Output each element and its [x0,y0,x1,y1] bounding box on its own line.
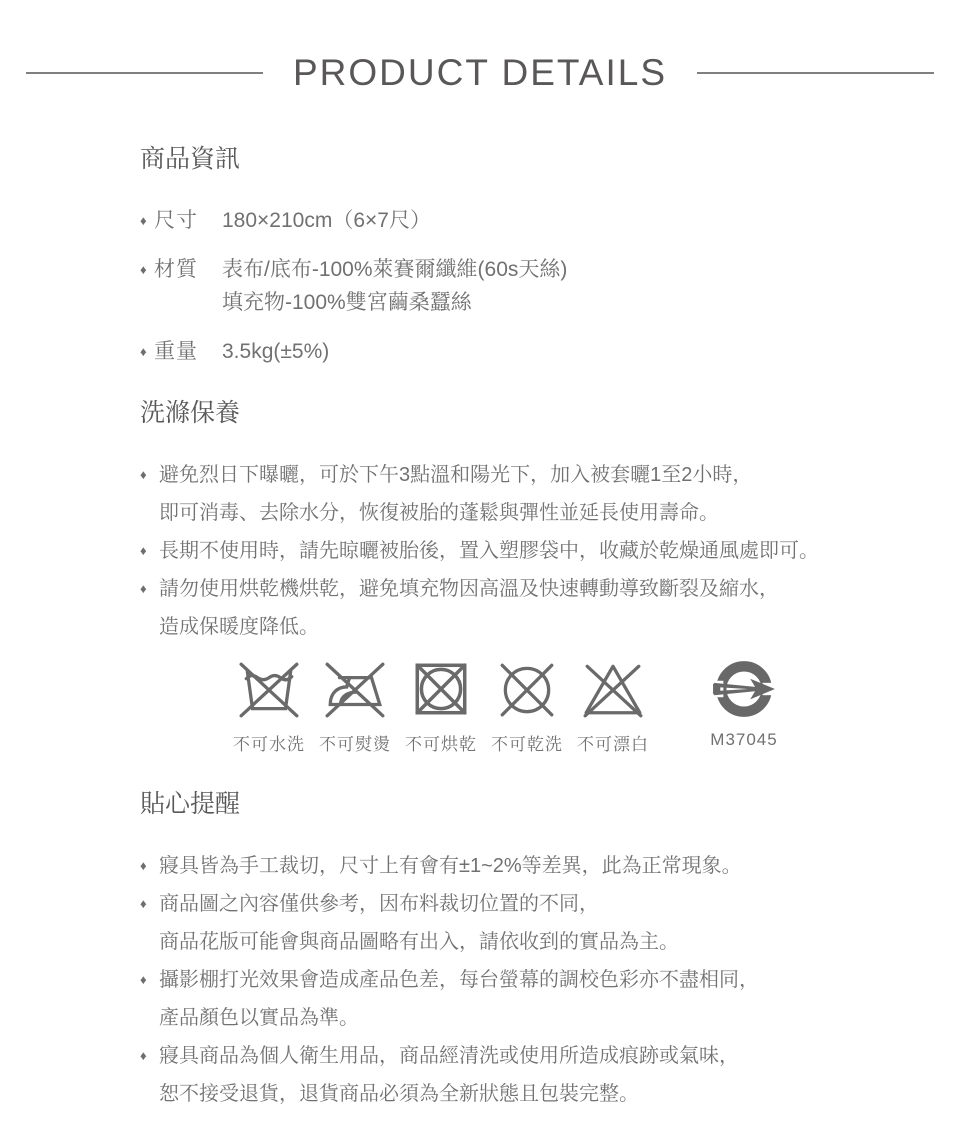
text-line: 180×210cm（6×7尺） [222,204,431,237]
text-line: 即可消毒、去除水分，恢復被胎的蓬鬆與彈性並延長使用壽命。 [159,494,752,532]
bullet-diamond-icon: ♦ [140,532,159,570]
laundry-symbol-label: 不可乾洗 [491,730,563,755]
laundry-symbol-label: 不可漂白 [577,730,649,755]
spec-value: 180×210cm（6×7尺） [222,204,431,237]
spec-list: ♦ 尺寸 180×210cm（6×7尺） ♦ 材質 表布/底布-100%萊賽爾纖… [140,204,960,368]
laundry-symbol-label: 不可熨燙 [319,730,391,755]
text-line: 恕不接受退貨，退貨商品必須為全新狀態且包裝完整。 [159,1075,739,1113]
text-line: 長期不使用時，請先晾曬被胎後，置入塑膠袋中，收藏於乾燥通風處即可。 [159,532,819,570]
text-line: 表布/底布-100%萊賽爾纖維(60s天絲) [222,253,567,286]
laundry-symbols-row: 不可水洗 不可熨燙 不可烘乾 [226,656,960,755]
spec-label: 尺寸 [154,204,200,237]
bullet-diamond-icon: ♦ [140,885,159,923]
text-line: 攝影棚打光效果會造成產品色差，每台螢幕的調校色彩亦不盡相同， [159,961,759,999]
bullet-diamond-icon: ♦ [140,204,154,237]
no-tumble-dry-icon [408,656,474,722]
section-heading-product-info: 商品資訊 [140,144,960,174]
reminder-bullet-item: ♦ 寢具皆為手工裁切，尺寸上有會有±1~2%等差異，此為正常現象。 [140,847,960,885]
text-line: 請勿使用烘乾機烘乾，避免填充物因高溫及快速轉動導致斷裂及縮水， [159,570,779,608]
no-iron-icon [322,656,388,722]
text-line: 寢具皆為手工裁切，尺寸上有會有±1~2%等差異，此為正常現象。 [159,847,742,885]
header-rule-right [697,72,934,74]
spec-row: ♦ 尺寸 180×210cm（6×7尺） [140,204,960,237]
no-wash-icon [236,656,302,722]
care-bullet-text: 請勿使用烘乾機烘乾，避免填充物因高溫及快速轉動導致斷裂及縮水，造成保暖度降低。 [159,570,779,646]
product-details-page: PRODUCT DETAILS 商品資訊 ♦ 尺寸 180×210cm（6×7尺… [0,0,960,1147]
reminder-bullet-text: 寢具皆為手工裁切，尺寸上有會有±1~2%等差異，此為正常現象。 [159,847,742,885]
text-line: 3.5kg(±5%) [222,335,329,368]
spec-label: 重量 [154,335,200,368]
bullet-diamond-icon: ♦ [140,961,159,999]
laundry-symbol-item: 不可漂白 [577,656,649,755]
bsmi-mark-icon [711,656,777,722]
care-bullet-item: ♦ 請勿使用烘乾機烘乾，避免填充物因高溫及快速轉動導致斷裂及縮水，造成保暖度降低… [140,570,960,646]
page-header: PRODUCT DETAILS [0,0,960,94]
care-bullet-text: 避免烈日下曝曬，可於下午3點溫和陽光下，加入被套曬1至2小時，即可消毒、去除水分… [159,456,752,532]
reminder-bullet-item: ♦ 寢具商品為個人衛生用品，商品經清洗或使用所造成痕跡或氣味，恕不接受退貨，退貨… [140,1037,960,1113]
care-bullet-list: ♦ 避免烈日下曝曬，可於下午3點溫和陽光下，加入被套曬1至2小時，即可消毒、去除… [140,456,960,646]
reminder-bullet-item: ♦ 攝影棚打光效果會造成產品色差，每台螢幕的調校色彩亦不盡相同，產品顏色以實品為… [140,961,960,1037]
laundry-symbol-item: 不可水洗 [233,656,305,755]
care-bullet-item: ♦ 避免烈日下曝曬，可於下午3點溫和陽光下，加入被套曬1至2小時，即可消毒、去除… [140,456,960,532]
page-title: PRODUCT DETAILS [293,52,667,94]
text-line: 填充物-100%雙宮繭桑蠶絲 [222,286,567,319]
spec-row: ♦ 材質 表布/底布-100%萊賽爾纖維(60s天絲)填充物-100%雙宮繭桑蠶… [140,253,960,319]
bullet-diamond-icon: ♦ [140,253,154,286]
text-line: 商品花版可能會與商品圖略有出入，請依收到的實品為主。 [159,923,679,961]
bsmi-certification-number: M37045 [710,730,777,750]
bullet-diamond-icon: ♦ [140,335,154,368]
reminder-bullet-text: 商品圖之內容僅供參考，因布料裁切位置的不同，商品花版可能會與商品圖略有出入，請依… [159,885,679,961]
text-line: 造成保暖度降低。 [159,608,779,646]
no-bleach-icon [580,656,646,722]
text-line: 寢具商品為個人衛生用品，商品經清洗或使用所造成痕跡或氣味， [159,1037,739,1075]
section-heading-washing-care: 洗滌保養 [140,398,960,428]
bullet-diamond-icon: ♦ [140,847,159,885]
laundry-symbol-item: 不可烘乾 [405,656,477,755]
reminder-bullet-text: 攝影棚打光效果會造成產品色差，每台螢幕的調校色彩亦不盡相同，產品顏色以實品為準。 [159,961,759,1037]
reminder-bullet-text: 寢具商品為個人衛生用品，商品經清洗或使用所造成痕跡或氣味，恕不接受退貨，退貨商品… [159,1037,739,1113]
reminder-bullet-item: ♦ 商品圖之內容僅供參考，因布料裁切位置的不同，商品花版可能會與商品圖略有出入，… [140,885,960,961]
bsmi-certification: M37045 [708,656,780,750]
reminder-bullet-list: ♦ 寢具皆為手工裁切，尺寸上有會有±1~2%等差異，此為正常現象。 ♦ 商品圖之… [140,847,960,1113]
section-heading-reminder: 貼心提醒 [140,789,960,819]
bullet-diamond-icon: ♦ [140,570,159,608]
laundry-symbol-item: 不可乾洗 [491,656,563,755]
care-bullet-item: ♦ 長期不使用時，請先晾曬被胎後，置入塑膠袋中，收藏於乾燥通風處即可。 [140,532,960,570]
header-rule-left [26,72,263,74]
laundry-symbol-label: 不可烘乾 [405,730,477,755]
spec-value: 表布/底布-100%萊賽爾纖維(60s天絲)填充物-100%雙宮繭桑蠶絲 [222,253,567,319]
text-line: 商品圖之內容僅供參考，因布料裁切位置的不同， [159,885,679,923]
laundry-symbol-label: 不可水洗 [233,730,305,755]
bullet-diamond-icon: ♦ [140,456,159,494]
bullet-diamond-icon: ♦ [140,1037,159,1075]
text-line: 產品顏色以實品為準。 [159,999,759,1037]
care-bullet-text: 長期不使用時，請先晾曬被胎後，置入塑膠袋中，收藏於乾燥通風處即可。 [159,532,819,570]
text-line: 避免烈日下曝曬，可於下午3點溫和陽光下，加入被套曬1至2小時， [159,456,752,494]
spec-value: 3.5kg(±5%) [222,335,329,368]
laundry-symbol-item: 不可熨燙 [319,656,391,755]
no-dry-clean-icon [494,656,560,722]
spec-label: 材質 [154,253,200,286]
spec-row: ♦ 重量 3.5kg(±5%) [140,335,960,368]
